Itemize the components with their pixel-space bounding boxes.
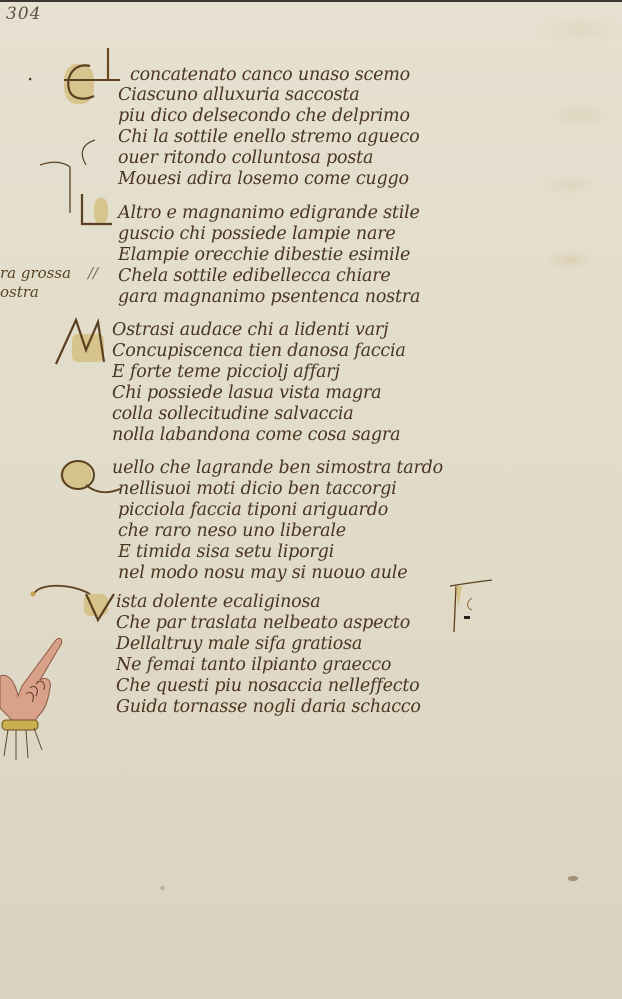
guide-letter-f-icon xyxy=(448,578,498,638)
verse-line: Chi possiede lasua vista magra xyxy=(112,383,381,403)
initial-l-glyph xyxy=(74,192,114,232)
decorated-initial-e xyxy=(60,48,120,104)
right-margin-guide-initial: F xyxy=(448,578,498,638)
verse-line: concatenato canco unaso scemo xyxy=(130,65,410,85)
verse-line: Che questi piu nosaccia nelleffecto xyxy=(116,676,420,696)
verse-line: che raro neso uno liberale xyxy=(118,521,346,541)
page-top-edge xyxy=(0,0,622,2)
decorated-initial-q xyxy=(58,455,118,495)
verse-line: Dellaltruy male sifa gratiosa xyxy=(116,634,362,654)
decorated-initial-v xyxy=(28,580,118,626)
verse-line: E timida sisa setu liporgi xyxy=(118,542,334,562)
margin-dot-mark: ꞏ xyxy=(28,70,32,89)
verse-line: Ostrasi audace chi a lidenti varj xyxy=(112,320,388,340)
verse-line: Altro e magnanimo edigrande stile xyxy=(118,203,420,223)
verse-line: picciola faccia tiponi ariguardo xyxy=(118,500,388,520)
verse-line: E forte teme picciolj affarj xyxy=(112,362,340,382)
margin-note-mark: // xyxy=(88,264,98,282)
decorated-initial-m xyxy=(54,316,114,364)
verse-line: uello che lagrande ben simostra tardo xyxy=(112,458,443,478)
folio-number: 304 xyxy=(6,4,41,24)
initial-v-glyph xyxy=(28,580,120,628)
initial-m-glyph xyxy=(54,316,114,366)
verse-line: gara magnanimo psentenca nostra xyxy=(118,287,420,307)
verse-line: ista dolente ecaliginosa xyxy=(116,592,321,612)
verse-line: Ciascuno alluxuria saccosta xyxy=(118,85,359,105)
margin-note-line2: ostra xyxy=(0,283,39,301)
margin-note-line1: ra grossa xyxy=(0,264,71,282)
verse-line: Guida tornasse nogli daria schacco xyxy=(116,697,421,717)
verse-line: Elampie orecchie dibestie esimile xyxy=(118,245,410,265)
verse-line: guscio chi possiede lampie nare xyxy=(118,224,396,244)
verse-line: Ne femai tanto ilpianto graecco xyxy=(116,655,391,675)
verse-line: Che par traslata nelbeato aspecto xyxy=(116,613,410,633)
verse-line: piu dico delsecondo che delprimo xyxy=(118,106,410,126)
initial-e-glyph xyxy=(60,48,120,108)
parchment-speck xyxy=(160,886,165,890)
verse-line: nolla labandona come cosa sagra xyxy=(112,425,400,445)
verse-line: Chela sottile edibellecca chiare xyxy=(118,266,391,286)
verse-line: Mouesi adira losemo come cuggo xyxy=(118,169,409,189)
verse-line: ouer ritondo colluntosa posta xyxy=(118,148,373,168)
verse-line: nel modo nosu may si nuouo aule xyxy=(118,563,407,583)
decorated-initial-l xyxy=(74,192,114,230)
verse-line: Concupiscenca tien danosa faccia xyxy=(112,341,406,361)
parchment-stain xyxy=(568,876,578,881)
verse-line: Chi la sottile enello stremo agueco xyxy=(118,127,419,147)
verse-line: colla sollecitudine salvaccia xyxy=(112,404,353,424)
manuscript-page: 304 ꞏ concatenato canco unaso scemo Cias… xyxy=(0,0,622,999)
manicule-pointing-hand-icon xyxy=(0,632,70,767)
verse-line: nellisuoi moti dicio ben taccorgi xyxy=(118,479,397,499)
